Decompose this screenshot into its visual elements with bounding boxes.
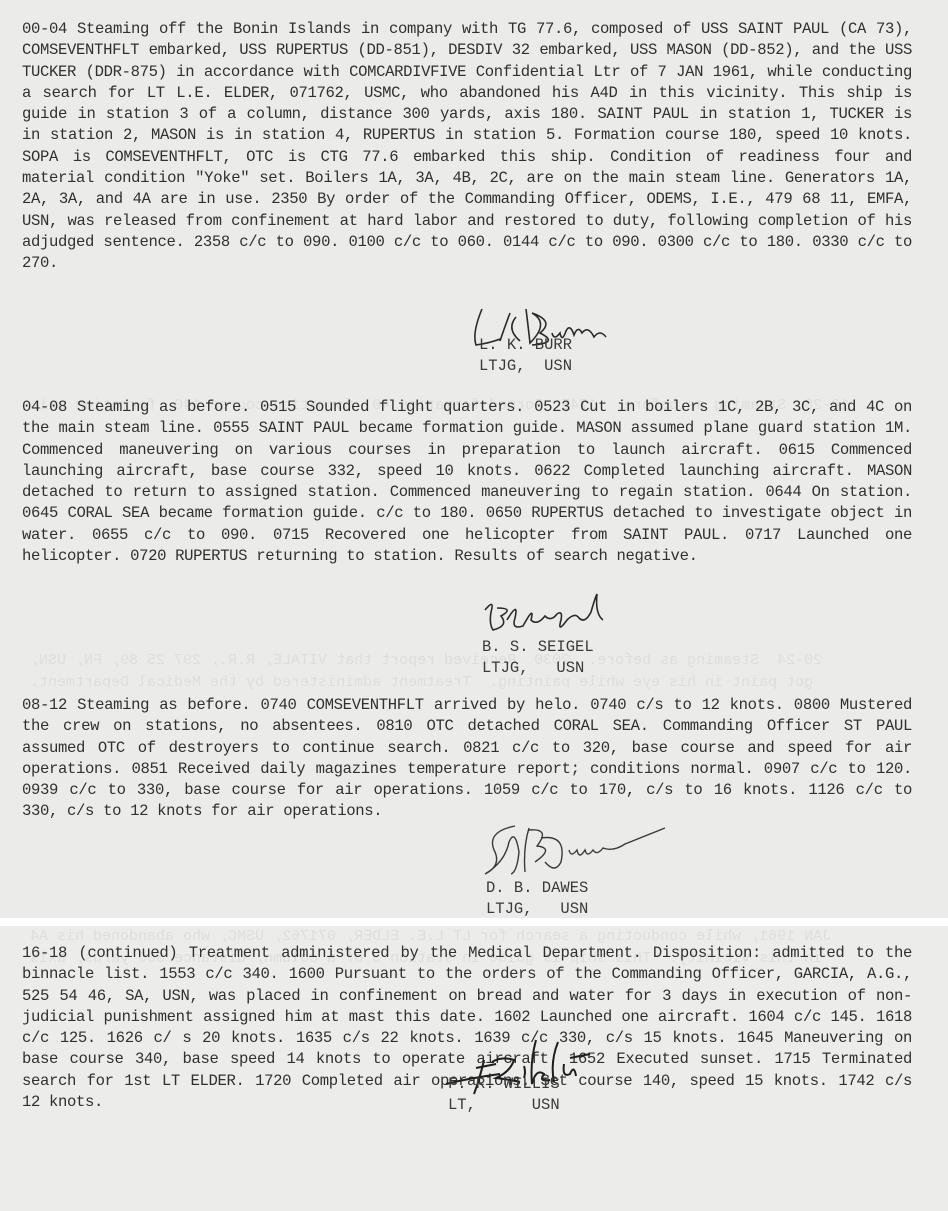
log-entry-text: 08-12 Steaming as before. 0740 COMSEVENT… xyxy=(22,695,912,823)
log-entry-08-12: 08-12 Steaming as before. 0740 COMSEVENT… xyxy=(22,695,912,823)
officer-rank: LTJG, USN xyxy=(479,356,572,377)
log-entry-00-04: 00-04 Steaming off the Bonin Islands in … xyxy=(22,19,912,275)
signature-dawes xyxy=(475,822,675,882)
officer-name: B. S. SEIGEL xyxy=(482,637,594,658)
officer-rank: LTJG, USN xyxy=(486,899,588,918)
bleed-through-text: 20-24 Steaming as before. 2030 Received … xyxy=(30,650,822,671)
log-entry-text: 04-08 Steaming as before. 0515 Sounded f… xyxy=(22,397,912,567)
officer-rank: LTJG, USN xyxy=(482,658,594,679)
officer-name: D. B. DAWES xyxy=(486,878,588,899)
log-entry-text: 00-04 Steaming off the Bonin Islands in … xyxy=(22,19,912,275)
bleed-through-text: got paint in his eye while painting. Tre… xyxy=(30,672,813,693)
log-page-lower: JAN 1961, while conducting a search for … xyxy=(0,926,948,1211)
officer-signature-block: B. S. SEIGEL LTJG, USN xyxy=(482,637,594,679)
officer-signature-block: L. K. BURR LTJG, USN xyxy=(479,335,572,377)
page-divider xyxy=(0,918,948,926)
officer-name: L. K. BURR xyxy=(479,335,572,356)
log-page-upper: 18-20 Steaming as before. 1745 Formed fo… xyxy=(0,0,948,918)
officer-name: F. R. WILLIS xyxy=(448,1074,560,1095)
officer-rank: LT, USN xyxy=(448,1095,560,1116)
officer-signature-block: F. R. WILLIS LT, USN xyxy=(448,1074,560,1116)
signature-seigel xyxy=(475,590,635,640)
officer-signature-block: D. B. DAWES LTJG, USN xyxy=(486,878,588,918)
log-entry-04-08: 04-08 Steaming as before. 0515 Sounded f… xyxy=(22,397,912,567)
